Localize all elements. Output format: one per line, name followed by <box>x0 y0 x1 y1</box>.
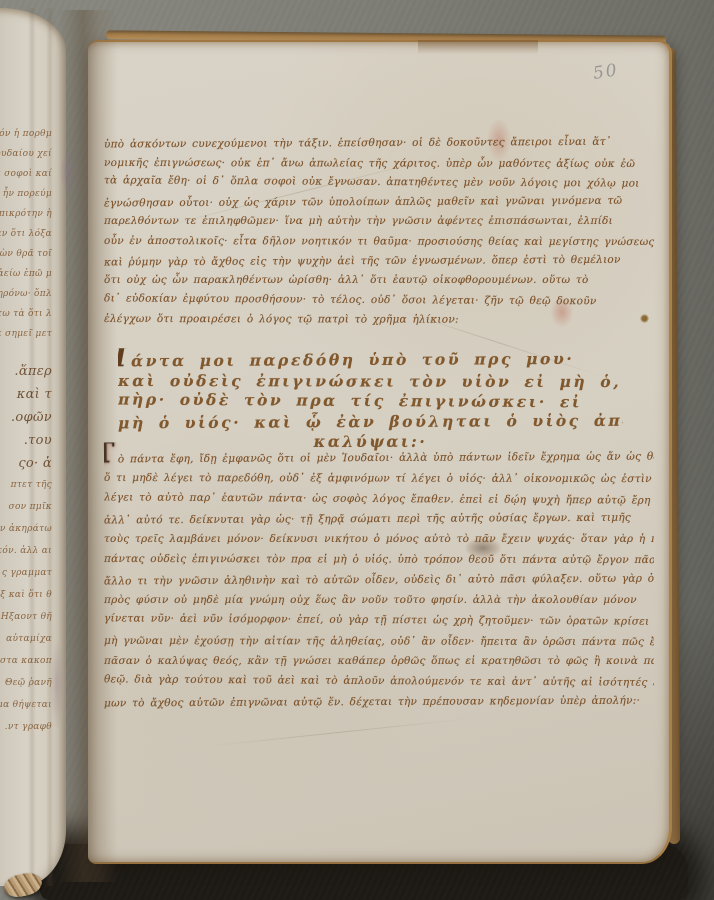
commentary-line: ἐγνώσθησαν οὗτοι· οὐχ ὡς χάριν τῶν ὑπολο… <box>104 191 654 213</box>
commentary-line: καὶ ῥύμην γὰρ τὸ ἄχθος εἰς τὴν ψυχὴν ἀεὶ… <box>104 250 654 272</box>
lemma-line: πὴρ· οὐδὲ τὸν πρα τίς ἐπιγινώσκει· εἰ <box>118 390 623 414</box>
margin-text-fragment: ςο· ἁ <box>0 452 52 475</box>
parchment-scratch <box>209 718 468 746</box>
margin-text-fragment: σαν ὅτι λόξα <box>0 224 52 244</box>
margin-text-fragment: του. <box>0 429 52 452</box>
commentary-line: δι᾽ εὐδοκίαν ἐμφύτου προσθήσουν· τὸ τέλο… <box>104 289 654 312</box>
commentary-line: ἐλέγχων ὅτι προαιρέσει ὁ λόγος τῷ πατρὶ … <box>104 310 654 331</box>
margin-text-fragment: ξ καὶ ὅτι θ <box>0 584 52 606</box>
folio-number-pencil: 50 <box>592 60 620 84</box>
purple-stain <box>56 142 80 202</box>
manuscript-page: 50 ὑπὸ ἀσκόντων ϲυνεχούμενοι τὴν τάξιν. … <box>88 40 672 864</box>
commentary-line: ὑπὸ ἀσκόντων ϲυνεχούμενοι τὴν τάξιν. ἐπε… <box>104 133 654 155</box>
margin-text-fragment: ε σημεῖ μετ <box>0 324 52 344</box>
margin-text-fragment: ς γραμματ <box>0 562 52 584</box>
commentary-line: γίνεται νῦν· ἀεὶ νῦν ἰσόμορφον· ἐπεί, οὐ… <box>104 609 654 633</box>
facing-page-middle-fragments: ἅπερ.καὶ τοφῶν.του.ςο· ἁ <box>0 360 52 475</box>
top-edge-stain <box>418 40 538 54</box>
manuscript-photo-scene: ιόν ἡ πορθμἰουδαίου χείνα σοφοὶ καίαν ἦν… <box>0 0 714 900</box>
gospel-lemma-block: Πάντα μοι παρεδόθη ὑπὸ τοῦ πρς μου·καὶ ο… <box>118 347 623 453</box>
commentary-line: μων τὸ ἄχθος αὐτῶν ἐπιγνῶναι αὐτῷ ἕν. δέ… <box>104 690 654 713</box>
commentary-line: πάντας οὐδεὶς ἐπιγινώσκει τὸν πρα εἰ μὴ … <box>104 549 654 570</box>
margin-text-fragment: στα κακοπ <box>0 650 52 672</box>
margin-text-fragment: Θεῷ ῥανῆ <box>0 672 52 694</box>
facing-page-edge: ιόν ἡ πορθμἰουδαίου χείνα σοφοὶ καίαν ἦν… <box>0 8 66 886</box>
gutter-stain <box>48 620 66 750</box>
margin-text-fragment: να σοφοὶ καί <box>0 164 52 184</box>
commentary-line: πρὸς φύσιν οὐ μηδὲ μία γνώμη οὐχ ἕως ἂν … <box>104 590 654 610</box>
facing-page-top-fragments: ιόν ἡ πορθμἰουδαίου χείνα σοφοὶ καίαν ἦν… <box>0 124 52 344</box>
margin-text-fragment: αὐταμίχα <box>0 628 52 650</box>
commentary-line: τοὺς τρεῖς λαμβάνει μόνον· δείκνυσι νική… <box>104 529 654 549</box>
commentary-line: ἀλλ᾽ αὐτό τε. δείκνυται γὰρ ὡς· τῇ ξηρᾷ … <box>104 507 654 530</box>
upper-commentary-block: ὑπὸ ἀσκόντων ϲυνεχούμενοι τὴν τάξιν. ἐπε… <box>104 134 654 330</box>
commentary-line: ἄλλο τι τὴν γνῶσιν ἀληθινὴν καὶ τὸ αὐτῶν… <box>104 568 654 591</box>
margin-text-fragment: εόν. ἀλλ αι <box>0 540 52 562</box>
margin-text-fragment: ν ἀκηράτω <box>0 518 52 540</box>
margin-text-fragment: θὼν θρᾶ τοῖ <box>0 244 52 264</box>
commentary-line: μὴ γνῶναι μὲν ἐχούσῃ τὴν αἰτίαν τῆς ἀληθ… <box>104 631 654 652</box>
margin-text-fragment: ξ ἀείω ἐπῶ μ <box>0 264 52 284</box>
commentary-line: οὖν ἐν ἀποστολικοῖς· εἶτα δῆλον νοητικόν… <box>104 232 654 253</box>
margin-text-fragment: ὅτω τὰ ὅτι λ <box>0 304 52 324</box>
margin-text-fragment: κηρόνω· ὅπλ <box>0 284 52 304</box>
margin-text-fragment: ἰουδαίου χεί <box>0 144 52 164</box>
lemma-line: Πάντα μοι παρεδόθη ὑπὸ τοῦ πρς μου· <box>118 346 623 372</box>
commentary-line: πᾶσαν ὁ καλύψας θεός, κἂν τῇ γνώσει καθά… <box>104 651 654 671</box>
margin-text-fragment: Ηξαοντ θῆ <box>0 606 52 628</box>
commentary-line: ὅ τι μηδὲ λέγει τὸ παρεδόθη, οὐδ᾽ ἐξ ἀμφ… <box>104 468 654 489</box>
lemma-line: μὴ ὁ υἱός· καὶ ᾧ ἐὰν βούληται ὁ υἱὸς ἀπο <box>118 410 623 433</box>
margin-text-fragment: οφῶν. <box>0 406 52 429</box>
margin-text-fragment: σον πμῖκ <box>0 496 52 518</box>
margin-text-fragment: ντ γραφθ. <box>0 716 52 738</box>
lower-commentary-block: Τὸ πάντα ἔφη, ἴδῃ ἐμφανῶς ὅτι οἱ μὲν Ἰου… <box>104 441 654 712</box>
margin-text-fragment: μα θήψεται <box>0 694 52 716</box>
commentary-line: Τὸ πάντα ἔφη, ἴδῃ ἐμφανῶς ὅτι οἱ μὲν Ἰου… <box>104 440 654 470</box>
facing-page-bottom-fragments: πτετ τῆςσον πμῖκν ἀκηράτωεόν. ἀλλ αις γρ… <box>0 474 52 738</box>
margin-text-fragment: πτετ τῆς <box>0 474 52 496</box>
margin-text-fragment: ἐπικρότην ἡ <box>0 204 52 224</box>
commentary-line: ὅτι οὐχ ὡς ὧν παρακληθέντων ὡρίσθη· ἀλλ᾽… <box>104 271 654 291</box>
margin-text-fragment: καὶ τ <box>0 383 52 406</box>
margin-text-fragment: αν ἦν πορεύμ <box>0 184 52 204</box>
margin-text-fragment: ἅπερ. <box>0 360 52 383</box>
commentary-line: θεῷ. διὰ γὰρ τούτου καὶ τοῦ ἀεὶ καὶ τὸ ἁ… <box>104 670 654 694</box>
commentary-line: παρελθόντων τε ἐπιληφθῶμεν· ἵνα μὴ αὐτὴν… <box>104 212 654 232</box>
margin-text-fragment: ιόν ἡ πορθμ <box>0 124 52 144</box>
